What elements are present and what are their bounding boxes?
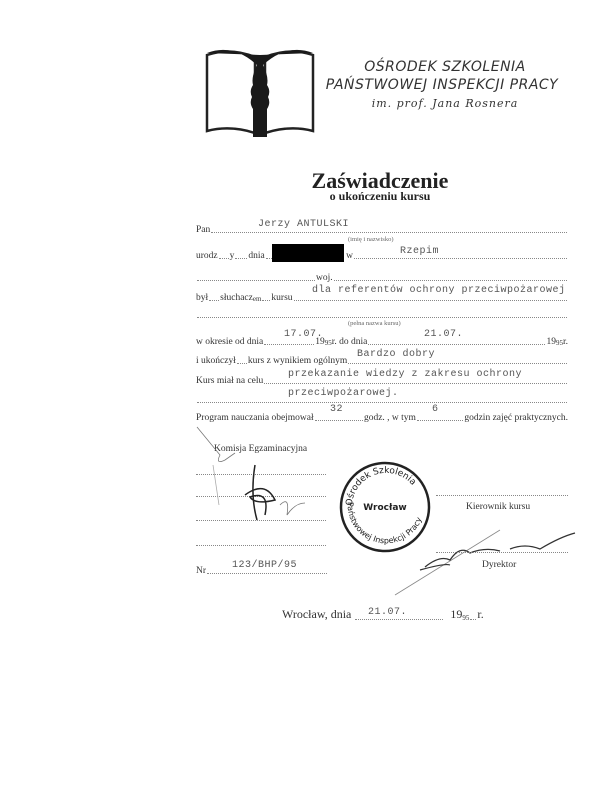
program-row: Program nauczania obejmował godz. , w ty… — [196, 409, 568, 423]
from-year: 95 — [325, 339, 332, 347]
redacted-birth-date — [272, 244, 344, 262]
voivodeship-row: woj. — [196, 269, 568, 283]
birthplace-value: Rzepim — [400, 246, 439, 257]
course-value: dla referentów ochrony przeciwpożarowej — [312, 285, 566, 296]
footer-r-label: r. — [477, 607, 483, 622]
footer-year: 95 — [462, 614, 469, 622]
place-label: Wrocław, dnia — [282, 607, 351, 622]
hours-practical: 6 — [432, 404, 439, 415]
name-row: Pan — [196, 221, 568, 235]
voivodeship-label: woj. — [316, 273, 333, 283]
hours-total: 32 — [330, 404, 343, 415]
svg-text:Wrocław: Wrocław — [363, 503, 406, 513]
goal-label: Kurs miał na celu — [196, 376, 263, 386]
period-row: w okresie od dnia 19 95 r. do dnia 19 95… — [196, 333, 568, 347]
org-line-3: im. prof. Jana Rosnera — [330, 97, 560, 110]
course-hint: (pełna nazwa kursu) — [348, 320, 401, 327]
number-label: Nr — [196, 566, 206, 576]
to-date: 21.07. — [424, 329, 463, 340]
result-value: Bardzo dobry — [357, 349, 435, 360]
course-row-2 — [196, 306, 568, 320]
manager-label: Kierownik kursu — [466, 502, 530, 512]
born-suffix: y — [230, 251, 235, 261]
born-label: urodz — [196, 251, 218, 261]
footer-year-prefix: 19 — [450, 607, 462, 622]
listener-suffix: em — [253, 295, 262, 303]
name-hint: (imię i nazwisko) — [348, 236, 394, 243]
org-line-2: PAŃSTWOWEJ INSPEKCJI PRACY — [324, 76, 560, 94]
goal-line-1: przekazanie wiedzy z zakresu ochrony — [288, 369, 522, 380]
document-subtitle: o ukończeniu kursu — [260, 189, 500, 204]
name-value: Jerzy ANTULSKI — [258, 219, 349, 230]
result-label: kurs z wynikiem ogólnym — [248, 356, 347, 366]
hours-label: godz. , w tym — [364, 413, 416, 423]
footer-date: 21.07. — [368, 607, 407, 618]
finished-label: i ukończył — [196, 356, 236, 366]
director-label: Dyrektor — [482, 560, 516, 570]
book-faces-logo-icon — [205, 45, 315, 140]
course-label: kursu — [271, 293, 292, 303]
practical-label: godzin zajęć praktycznych. — [464, 413, 568, 423]
from-date: 17.07. — [284, 329, 323, 340]
goal-line-2: przeciwpożarowej. — [288, 388, 399, 399]
commission-line-4 — [196, 545, 326, 546]
org-line-1: OŚRODEK SZKOLENIA — [330, 58, 560, 76]
program-label: Program nauczania obejmował — [196, 413, 314, 423]
listener-label: słuchacz — [220, 293, 253, 303]
manager-line — [436, 495, 568, 496]
period-label: w okresie od dnia — [196, 337, 263, 347]
to-year-prefix: 19 — [546, 337, 556, 347]
r-label: r. — [563, 337, 568, 347]
date-label: dnia — [248, 251, 264, 261]
number-value: 123/BHP/95 — [232, 560, 297, 571]
to-year: 95 — [556, 339, 563, 347]
organization-name: OŚRODEK SZKOLENIA PAŃSTWOWEJ INSPEKCJI P… — [330, 58, 560, 110]
director-line — [436, 552, 568, 553]
was-label: był — [196, 293, 208, 303]
pan-label: Pan — [196, 225, 210, 235]
to-label: r. do dnia — [332, 337, 368, 347]
commission-signatures-icon — [195, 425, 315, 535]
svg-text:Ośrodek Szkolenia: Ośrodek Szkolenia — [345, 466, 418, 507]
birth-row: urodz y dnia r. w — [196, 247, 568, 261]
